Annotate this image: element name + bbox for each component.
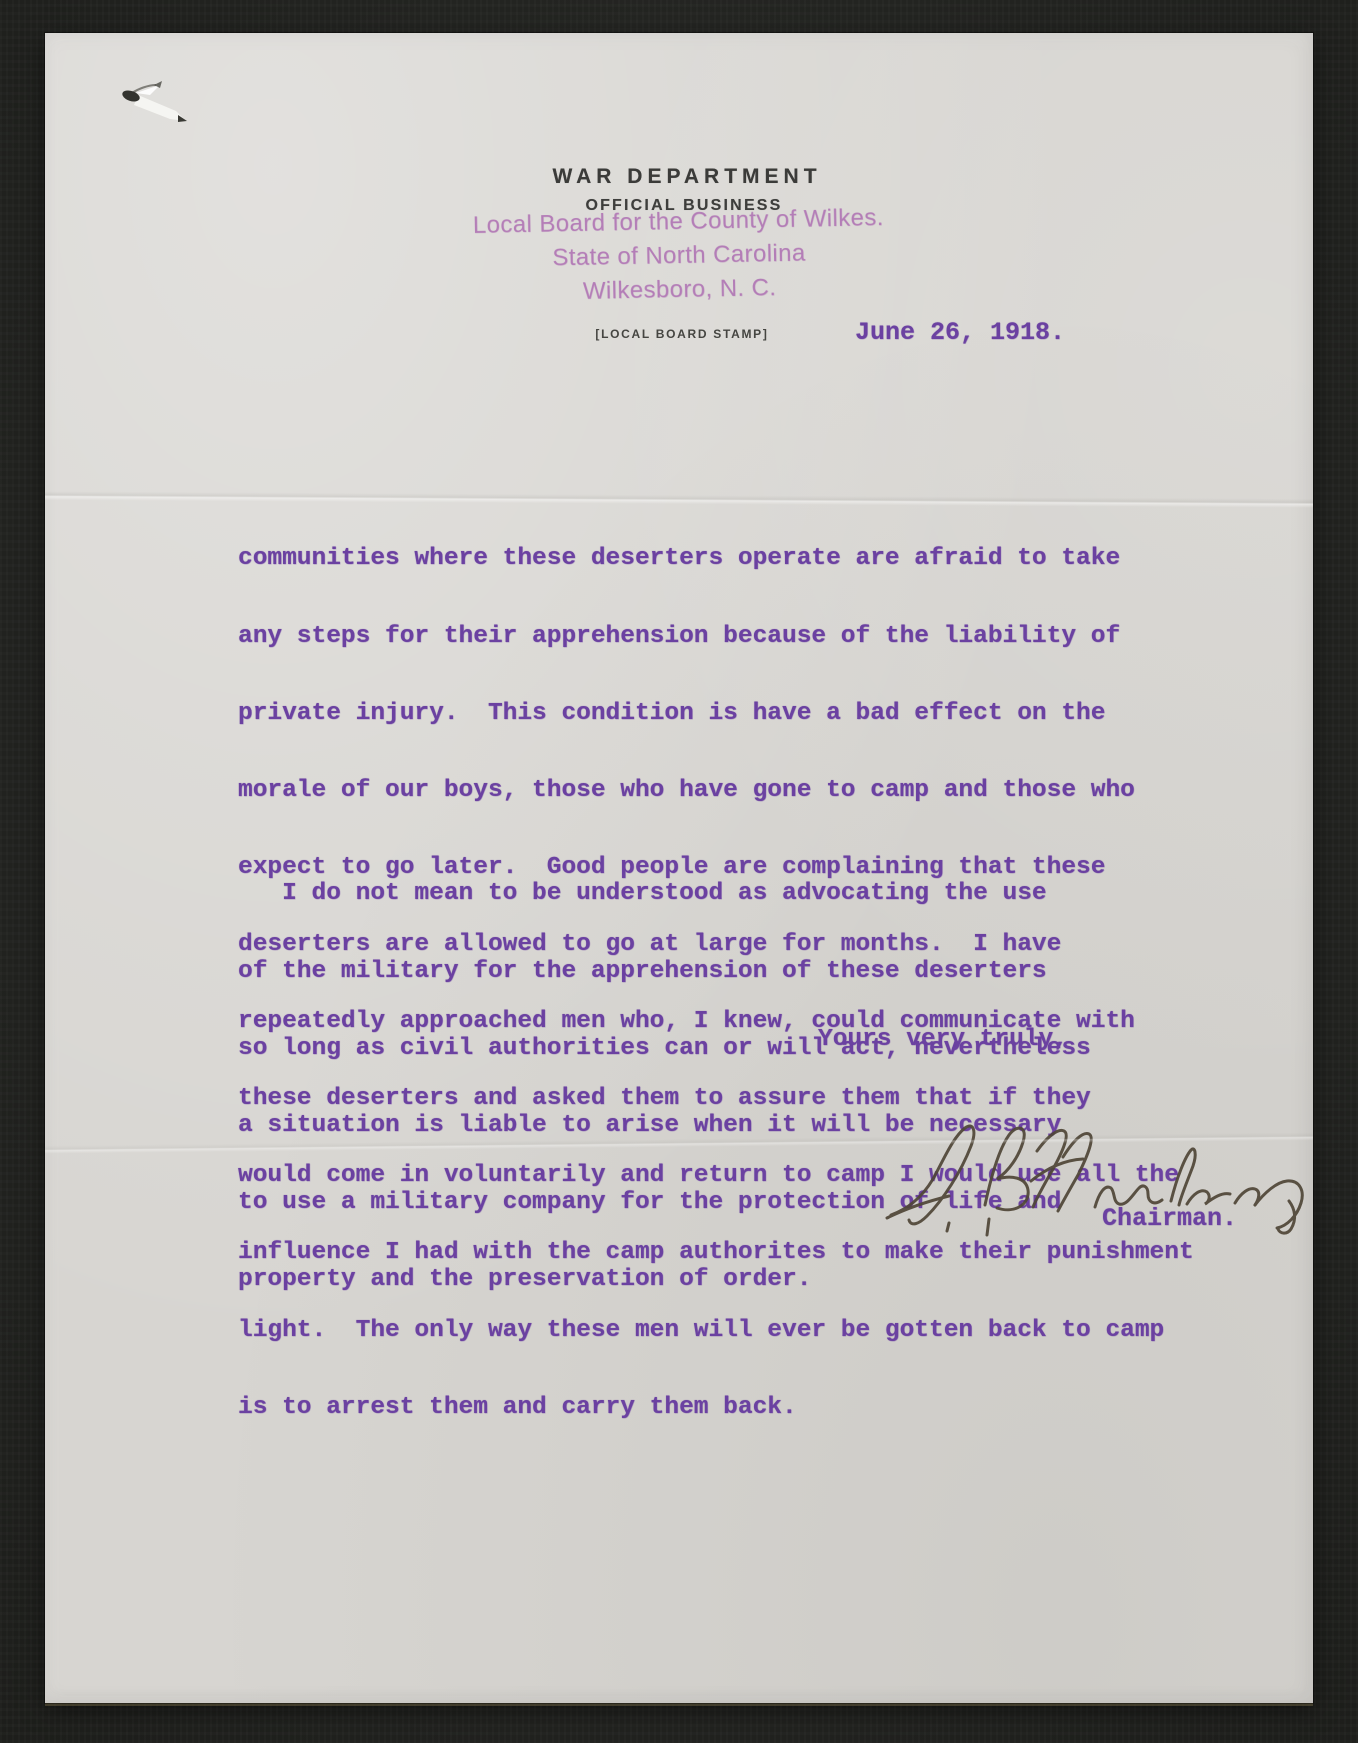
typed-line: is to arrest them and carry them back.	[238, 1395, 1194, 1421]
typed-line: any steps for their apprehension because…	[238, 624, 1194, 650]
local-board-ink-stamp: Local Board for the County of Wilkes. St…	[358, 199, 1000, 313]
typed-line: communities where these deserters operat…	[238, 546, 1194, 572]
letter-paper: WAR DEPARTMENT OFFICIAL BUSINESS Local B…	[45, 33, 1313, 1703]
letter-date: June 26, 1918.	[855, 318, 1065, 347]
signature-title: Chairman.	[1102, 1204, 1237, 1233]
paper-tear-mark	[90, 55, 200, 127]
typed-line: morale of our boys, those who have gone …	[238, 778, 1194, 804]
typed-line: private injury. This condition is have a…	[238, 701, 1194, 727]
closing-line: Yours very truly,	[818, 1026, 1068, 1053]
typed-line: property and the preservation of order.	[238, 1267, 1091, 1293]
signature-handwriting	[885, 1115, 1315, 1241]
scanned-letter-background: WAR DEPARTMENT OFFICIAL BUSINESS Local B…	[0, 0, 1358, 1743]
war-department-title: WAR DEPARTMENT	[552, 165, 821, 189]
local-board-stamp-caption: [LOCAL BOARD STAMP]	[595, 327, 768, 341]
typed-line: of the military for the apprehension of …	[238, 959, 1091, 985]
body-paragraph-2: I do not mean to be understood as advoca…	[238, 830, 1091, 1344]
typed-line: I do not mean to be understood as advoca…	[238, 881, 1091, 907]
